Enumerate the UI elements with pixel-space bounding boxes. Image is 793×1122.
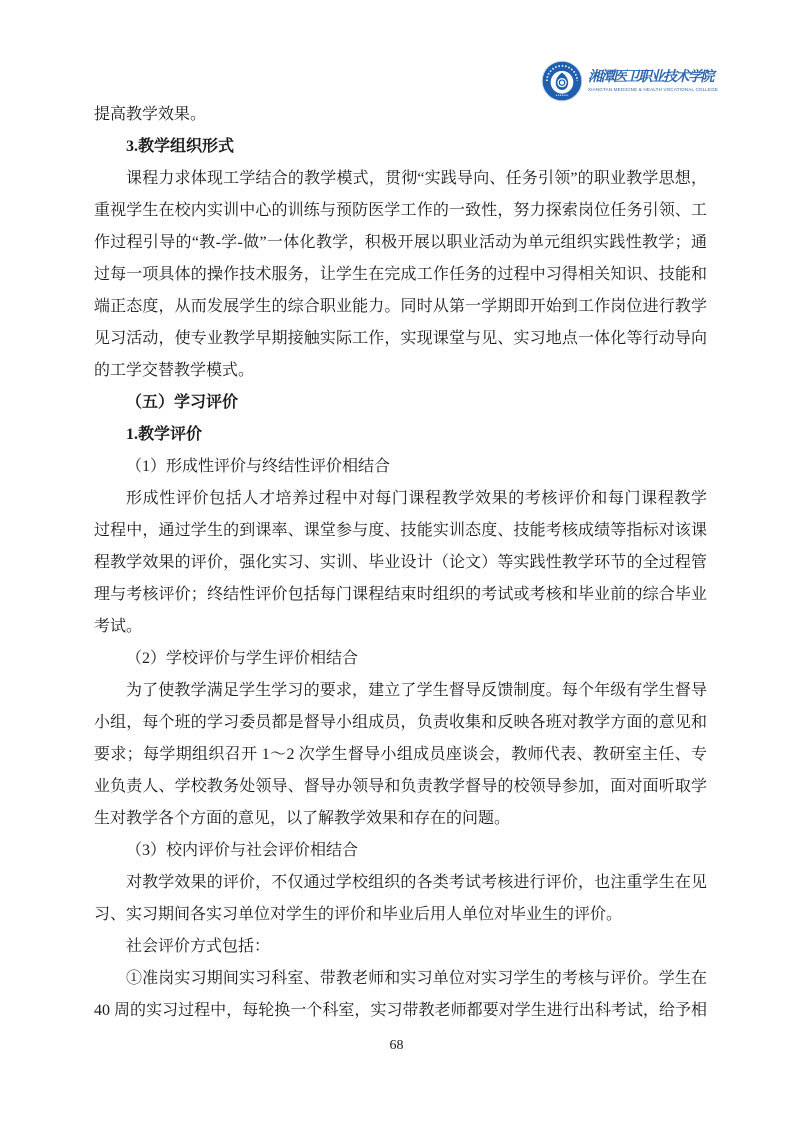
text-line: 重视学生在校内实训中心的训练与预防医学工作的一致性，努力探索岗位任务引领、工 bbox=[94, 195, 707, 227]
text-line: 端正态度，从而发展学生的综合职业能力。同时从第一学期即开始到工作岗位进行教学 bbox=[94, 291, 707, 323]
text-line: 过程中，通过学生的到课率、课堂参与度、技能实训态度、技能考核成绩等指标对该课 bbox=[94, 515, 707, 547]
page-footer: 68 bbox=[0, 1036, 793, 1054]
text-line: 为了使教学满足学生学习的要求，建立了学生督导反馈制度。每个年级有学生督导 bbox=[94, 675, 707, 707]
text-line: 小组，每个班的学习委员都是督导小组成员，负责收集和反映各班对教学方面的意见和 bbox=[94, 707, 707, 739]
heading-line: 1.教学评价 bbox=[94, 419, 707, 451]
text-line: 要求；每学期组织召开 1～2 次学生督导小组成员座谈会，教师代表、教研室主任、专 bbox=[94, 739, 707, 771]
text-line: 见习活动，使专业教学早期接触实际工作，实现课堂与见、实习地点一体化等行动导向 bbox=[94, 323, 707, 355]
text-line: 考试。 bbox=[94, 611, 707, 643]
text-line: 程教学效果的评价，强化实习、实训、毕业设计（论文）等实践性教学环节的全过程管 bbox=[94, 547, 707, 579]
text-line: 生对教学各个方面的意见，以了解教学效果和存在的问题。 bbox=[94, 803, 707, 835]
text-line: 形成性评价包括人才培养过程中对每门课程教学效果的考核评价和每门课程教学 bbox=[94, 483, 707, 515]
text-line: 的工学交替教学模式。 bbox=[94, 355, 707, 387]
text-line: 对教学效果的评价，不仅通过学校组织的各类考试考核进行评价，也注重学生在见 bbox=[94, 867, 707, 899]
text-line: 课程力求体现工学结合的教学模式，贯彻“实践导向、任务引领”的职业教学思想， bbox=[94, 163, 707, 195]
heading-line: 3.教学组织形式 bbox=[94, 131, 707, 163]
college-logo-text: 湘潭医卫职业技术学院 XIANGTAN MEDICINE & HEALTH VO… bbox=[588, 70, 718, 92]
text-line: 提高教学效果。 bbox=[94, 99, 707, 131]
page-number: 68 bbox=[390, 1038, 404, 1053]
college-emblem-icon bbox=[541, 60, 583, 102]
college-name-cn: 湘潭医卫职业技术学院 bbox=[588, 70, 718, 86]
text-line: 社会评价方式包括： bbox=[94, 931, 707, 963]
text-line: 理与考核评价；终结性评价包括每门课程结束时组织的考试或考核和毕业前的综合毕业 bbox=[94, 579, 707, 611]
text-line: 40 周的实习过程中，每轮换一个科室，实习带教老师都要对学生进行出科考试，给予相 bbox=[94, 995, 707, 1027]
text-line: （1）形成性评价与终结性评价相结合 bbox=[94, 451, 707, 483]
text-line: 业负责人、学校教务处领导、督导办领导和负责教学督导的校领导参加，面对面听取学 bbox=[94, 771, 707, 803]
college-logo: 湘潭医卫职业技术学院 XIANGTAN MEDICINE & HEALTH VO… bbox=[541, 60, 718, 102]
college-name-en: XIANGTAN MEDICINE & HEALTH VOCATIONAL CO… bbox=[588, 87, 718, 92]
text-line: （3）校内评价与社会评价相结合 bbox=[94, 835, 707, 867]
text-line: （2）学校评价与学生评价相结合 bbox=[94, 643, 707, 675]
text-line: 过每一项具体的操作技术服务，让学生在完成工作任务的过程中习得相关知识、技能和 bbox=[94, 259, 707, 291]
heading-line: （五）学习评价 bbox=[94, 387, 707, 419]
text-line: 习、实习期间各实习单位对学生的评价和毕业后用人单位对毕业生的评价。 bbox=[94, 899, 707, 931]
document-body: 提高教学效果。3.教学组织形式课程力求体现工学结合的教学模式，贯彻“实践导向、任… bbox=[94, 99, 707, 1027]
document-page: 湘潭医卫职业技术学院 XIANGTAN MEDICINE & HEALTH VO… bbox=[0, 0, 793, 1122]
text-line: ①准岗实习期间实习科室、带教老师和实习单位对实习学生的考核与评价。学生在 bbox=[94, 963, 707, 995]
text-line: 作过程引导的“教-学-做”一体化教学，积极开展以职业活动为单元组织实践性教学；通 bbox=[94, 227, 707, 259]
